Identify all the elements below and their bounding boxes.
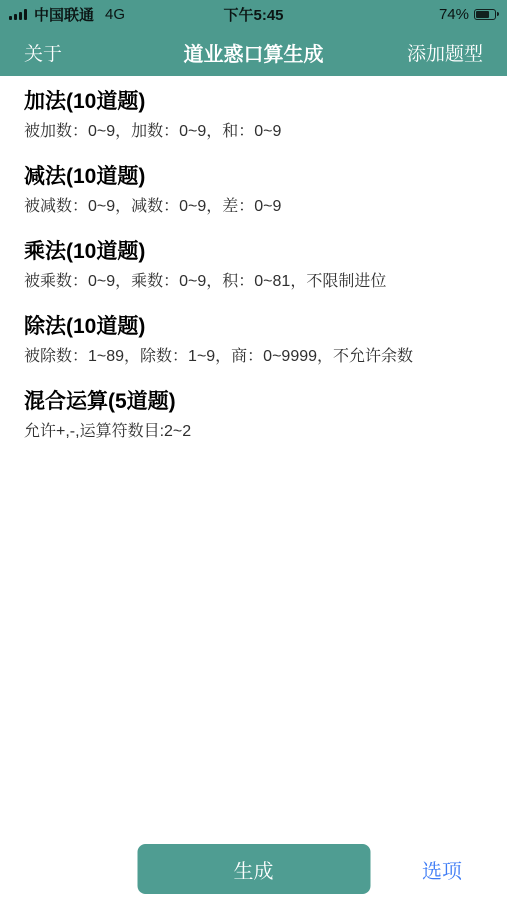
section-title: 除法(10道题)	[24, 314, 483, 340]
app-screen: 中国联通 4G 下午5:45 74% 关于 道业惑口算生成 添加题型 加法(10…	[0, 0, 507, 900]
section-title: 加法(10道题)	[24, 89, 483, 115]
question-type-list: 加法(10道题) 被加数：0~9，加数：0~9，和：0~9 减法(10道题) 被…	[0, 76, 507, 464]
battery-percent-label: 74%	[439, 6, 469, 23]
list-item-division[interactable]: 除法(10道题) 被除数：1~89，除数：1~9，商：0~9999，不允许余数	[24, 314, 483, 367]
footer-actions: 生成 选项	[0, 844, 507, 894]
generate-button[interactable]: 生成	[137, 844, 370, 894]
nav-bar: 关于 道业惑口算生成 添加题型	[0, 28, 507, 76]
section-title: 混合运算(5道题)	[24, 389, 483, 415]
list-item-subtraction[interactable]: 减法(10道题) 被减数：0~9，减数：0~9，差：0~9	[24, 164, 483, 217]
list-item-mixed-operations[interactable]: 混合运算(5道题) 允许+,-,运算符数目:2~2	[24, 389, 483, 442]
section-detail: 允许+,-,运算符数目:2~2	[24, 422, 483, 442]
section-detail: 被加数：0~9，加数：0~9，和：0~9	[24, 122, 483, 142]
status-bar: 中国联通 4G 下午5:45 74%	[0, 0, 507, 28]
section-detail: 被乘数：0~9，乘数：0~9，积：0~81，不限制进位	[24, 272, 483, 292]
list-item-addition[interactable]: 加法(10道题) 被加数：0~9，加数：0~9，和：0~9	[24, 89, 483, 142]
list-item-multiplication[interactable]: 乘法(10道题) 被乘数：0~9，乘数：0~9，积：0~81，不限制进位	[24, 239, 483, 292]
add-question-type-button[interactable]: 添加题型	[407, 28, 483, 76]
battery-icon	[474, 9, 499, 20]
status-bar-right: 74%	[439, 0, 499, 28]
section-detail: 被减数：0~9，减数：0~9，差：0~9	[24, 197, 483, 217]
options-button[interactable]: 选项	[422, 844, 462, 894]
section-title: 乘法(10道题)	[24, 239, 483, 265]
clock-label: 下午5:45	[0, 0, 507, 28]
section-detail: 被除数：1~89，除数：1~9，商：0~9999，不允许余数	[24, 347, 483, 367]
section-title: 减法(10道题)	[24, 164, 483, 190]
